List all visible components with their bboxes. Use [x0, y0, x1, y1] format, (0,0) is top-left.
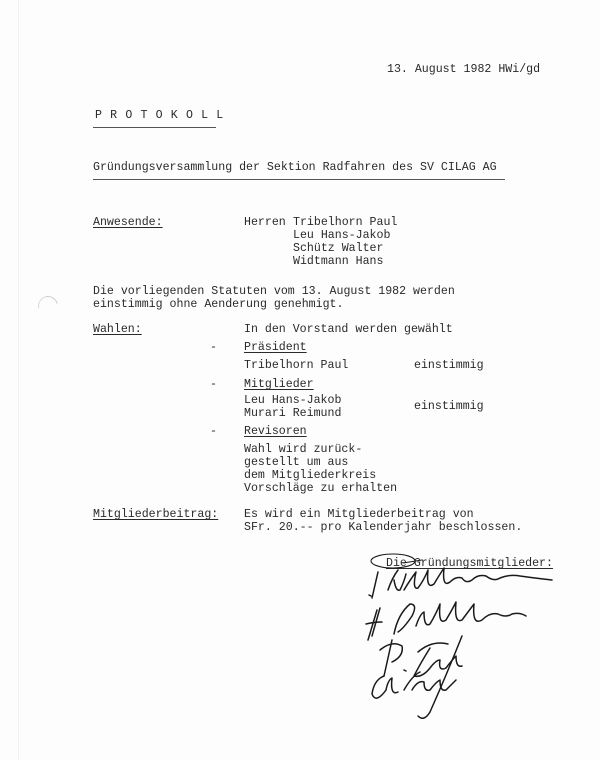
handwritten-signatures: [0, 0, 600, 760]
